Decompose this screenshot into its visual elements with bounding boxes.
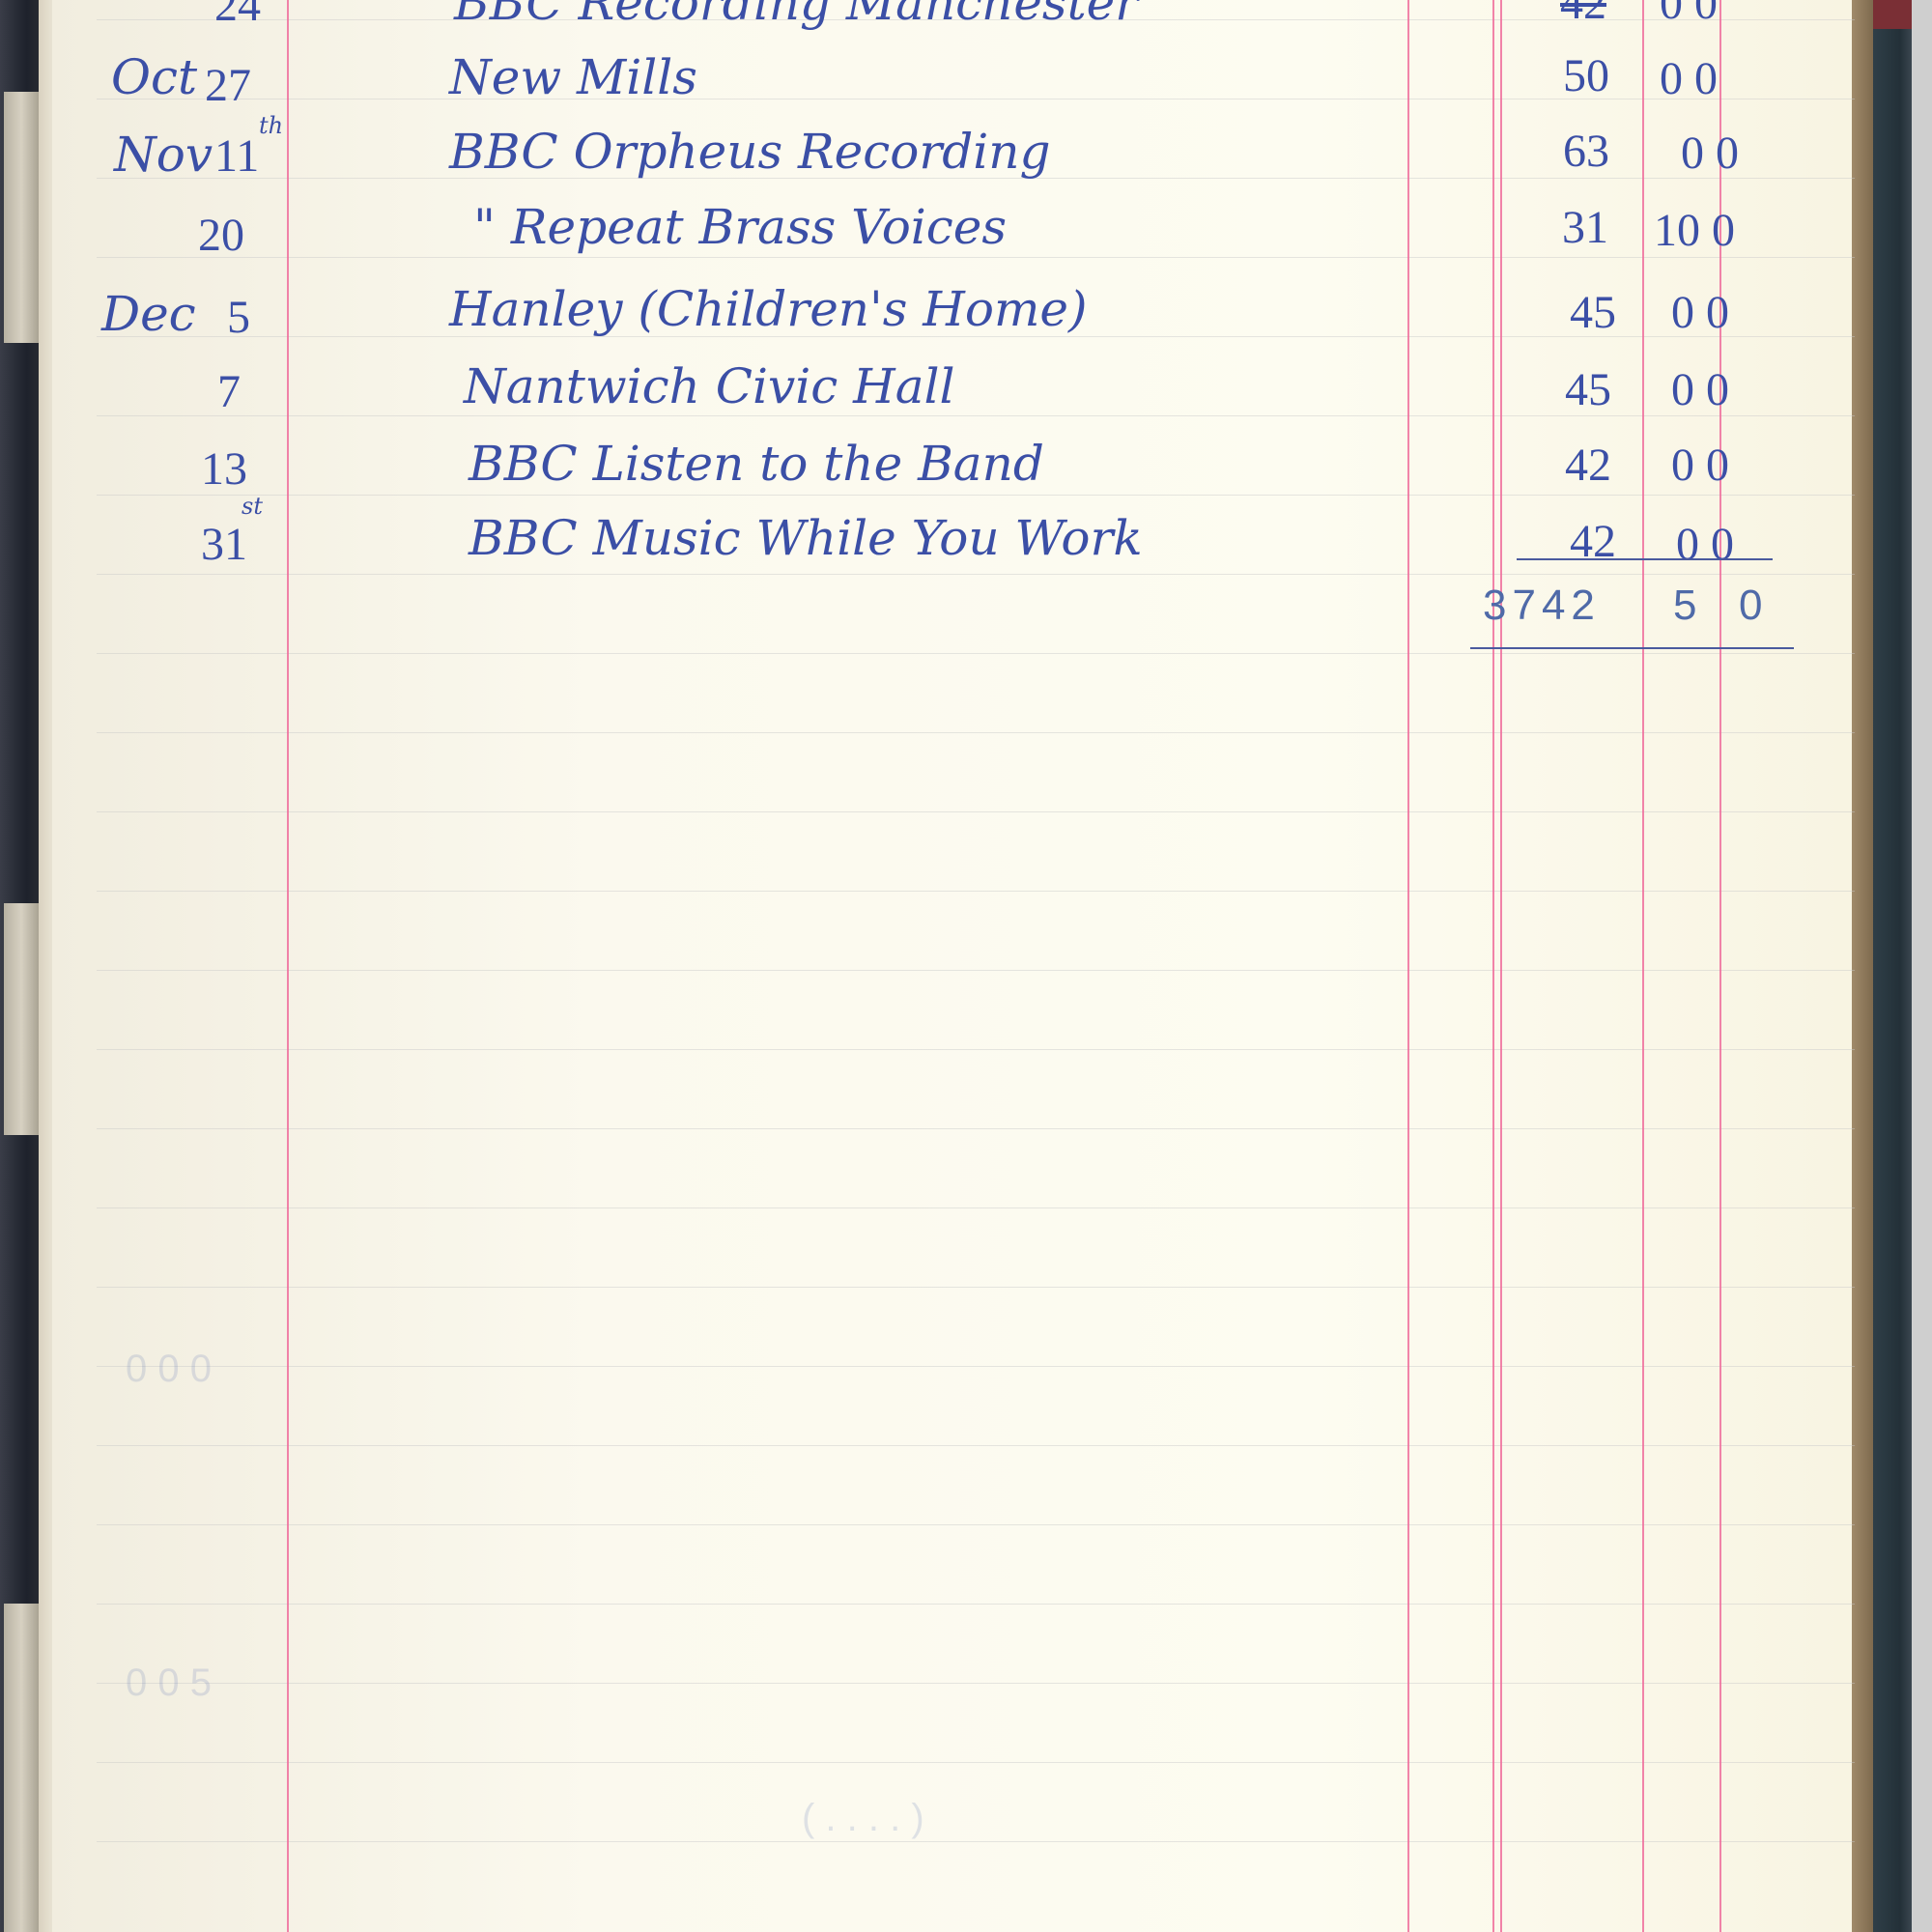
entry-pounds: 42 [1565, 442, 1611, 489]
amount-column-rule [1492, 0, 1494, 1932]
total-pence: 0 [1739, 584, 1768, 627]
description-column-rule [1407, 0, 1409, 1932]
entry-description: Hanley (Children's Home) [449, 285, 1088, 333]
total-underline [1470, 647, 1794, 649]
entry-day: 7 [217, 369, 241, 415]
cover-corner [1873, 0, 1912, 29]
entry-day: 31 [201, 522, 247, 568]
entry-shillings-pence: 0 0 [1660, 0, 1718, 27]
entry-description: BBC Orpheus Recording [449, 128, 1050, 176]
entry-day: 20 [198, 213, 244, 259]
scan-background [1912, 0, 1932, 1932]
total-shillings: 5 [1673, 584, 1702, 627]
entry-day-suffix: st [241, 495, 263, 518]
entry-day: 27 [205, 63, 251, 109]
entry-shillings-pence: 0 0 [1676, 522, 1734, 568]
entry-month: Nov [114, 130, 213, 179]
entry-pounds: 45 [1570, 290, 1616, 336]
entry-shillings-pence: 0 0 [1671, 367, 1729, 413]
entry-pounds: 50 [1563, 53, 1609, 99]
bleed-through-text: ( . . . . ) [802, 1797, 924, 1840]
entry-month: Oct [111, 53, 197, 101]
entry-day: 13 [201, 446, 247, 493]
binding-tape [4, 92, 39, 343]
entry-pounds: 42 [1560, 0, 1606, 27]
book-cover-right [1873, 0, 1912, 1932]
entry-pounds: 63 [1563, 128, 1609, 175]
page-edge-right [1852, 0, 1873, 1932]
entry-shillings-pence: 0 0 [1681, 130, 1739, 177]
entry-day-suffix: th [259, 114, 283, 137]
entry-pounds: 31 [1562, 205, 1608, 251]
subtotal-underline [1517, 558, 1773, 560]
entry-description: BBC Recording Manchester [454, 0, 1138, 27]
entry-day: 11 [214, 133, 259, 180]
entry-shillings-pence: 0 0 [1671, 442, 1729, 489]
binding-tape [4, 903, 39, 1135]
entry-day: 24 [214, 0, 261, 29]
entry-shillings-pence: 0 0 [1660, 56, 1718, 102]
bleed-through-text: 0 0 5 [126, 1662, 212, 1705]
binding-tape [4, 1604, 39, 1932]
entry-day: 5 [227, 295, 250, 341]
entry-description: Nantwich Civic Hall [464, 362, 955, 411]
entry-shillings-pence: 0 0 [1671, 290, 1729, 336]
entry-description: BBC Listen to the Band [469, 440, 1044, 488]
entry-description: New Mills [449, 53, 697, 101]
entry-month: Dec [101, 290, 196, 338]
pounds-shillings-rule [1642, 0, 1644, 1932]
entry-shillings-pence: 10 0 [1654, 208, 1735, 254]
entry-pounds: 45 [1565, 367, 1611, 413]
bleed-through-text: 0 0 0 [126, 1348, 212, 1391]
date-margin-rule [287, 0, 289, 1932]
amount-column-rule-double [1500, 0, 1502, 1932]
total-pounds: 3742 [1483, 584, 1601, 627]
entry-description: " Repeat Brass Voices [473, 203, 1007, 251]
entry-description: BBC Music While You Work [469, 514, 1143, 562]
